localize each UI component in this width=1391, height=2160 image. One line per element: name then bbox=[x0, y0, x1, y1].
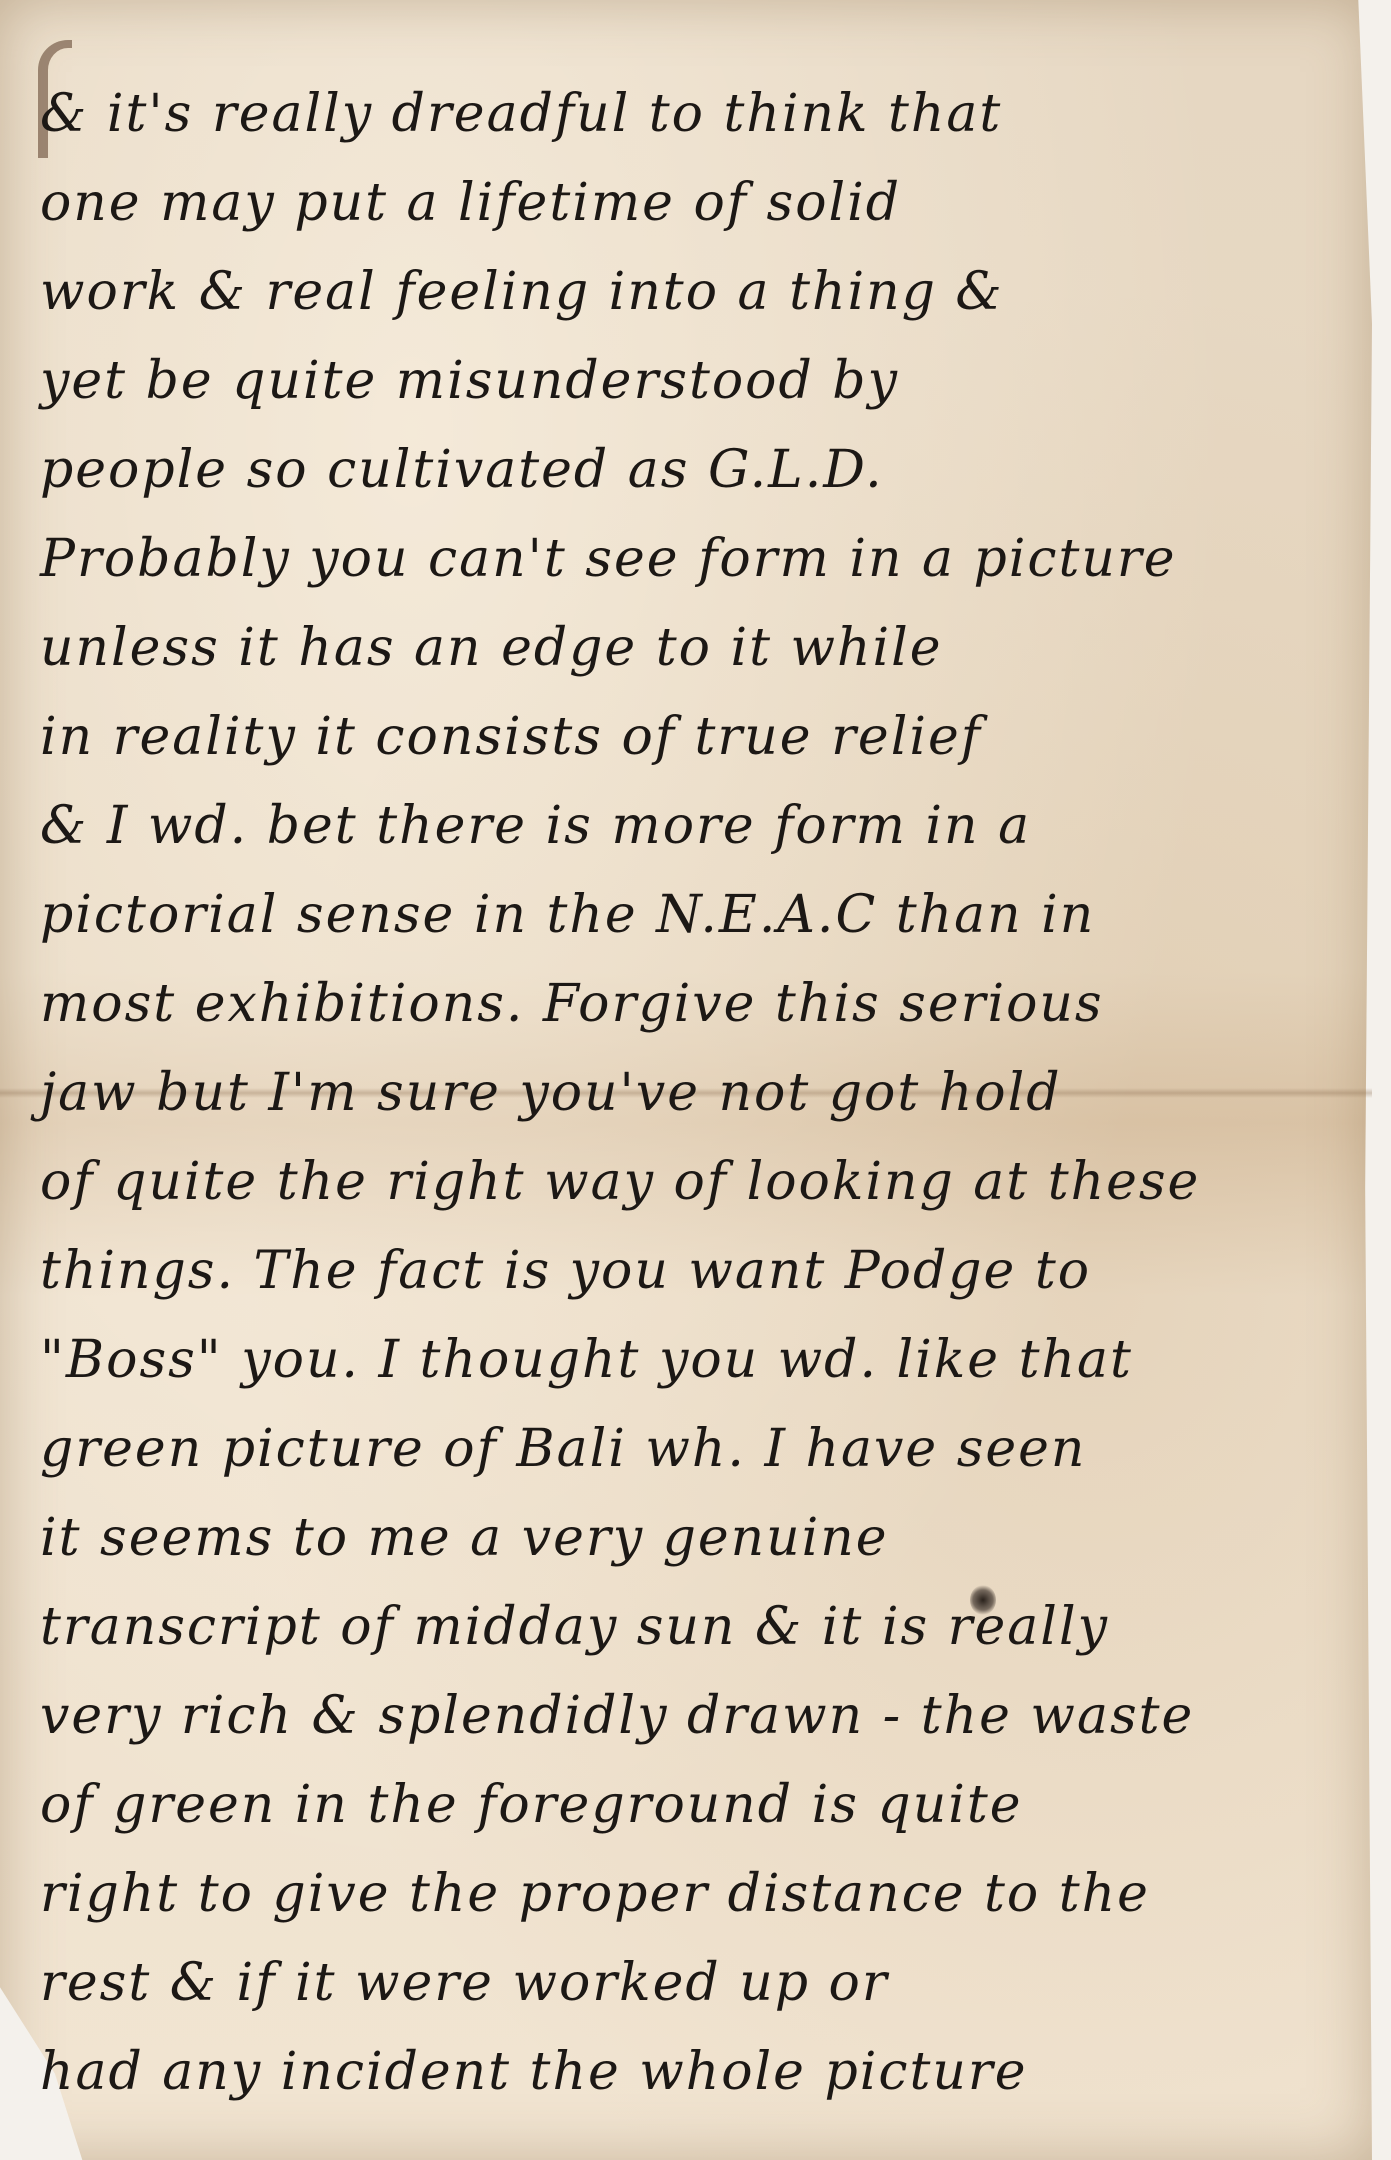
letter-line: & it's really dreadful to think that bbox=[40, 70, 1340, 159]
letter-line: of green in the foreground is quite bbox=[40, 1761, 1340, 1850]
letter-line: most exhibitions. Forgive this serious bbox=[40, 960, 1340, 1049]
letter-line: jaw but I'm sure you've not got hold bbox=[40, 1049, 1340, 1138]
letter-line: rest & if it were worked up or bbox=[40, 1939, 1340, 2028]
letter-body: & it's really dreadful to think that one… bbox=[40, 70, 1340, 2117]
letter-line: "Boss" you. I thought you wd. like that bbox=[40, 1316, 1340, 1405]
letter-line: people so cultivated as G.L.D. bbox=[40, 426, 1340, 515]
letter-line: it seems to me a very genuine bbox=[40, 1494, 1340, 1583]
letter-line: unless it has an edge to it while bbox=[40, 604, 1340, 693]
letter-line: of quite the right way of looking at the… bbox=[40, 1138, 1340, 1227]
letter-line: had any incident the whole picture bbox=[40, 2028, 1340, 2117]
letter-line: yet be quite misunderstood by bbox=[40, 337, 1340, 426]
letter-line: very rich & splendidly drawn - the waste bbox=[40, 1672, 1340, 1761]
letter-line: & I wd. bet there is more form in a bbox=[40, 782, 1340, 871]
letter-line: one may put a lifetime of solid bbox=[40, 159, 1340, 248]
letter-line: green picture of Bali wh. I have seen bbox=[40, 1405, 1340, 1494]
letter-line: pictorial sense in the N.E.A.C than in bbox=[40, 871, 1340, 960]
letter-line: Probably you can't see form in a picture bbox=[40, 515, 1340, 604]
letter-line: work & real feeling into a thing & bbox=[40, 248, 1340, 337]
letter-line: things. The fact is you want Podge to bbox=[40, 1227, 1340, 1316]
letter-line: transcript of midday sun & it is really bbox=[40, 1583, 1340, 1672]
letter-line: in reality it consists of true relief bbox=[40, 693, 1340, 782]
letter-line: right to give the proper distance to the bbox=[40, 1850, 1340, 1939]
